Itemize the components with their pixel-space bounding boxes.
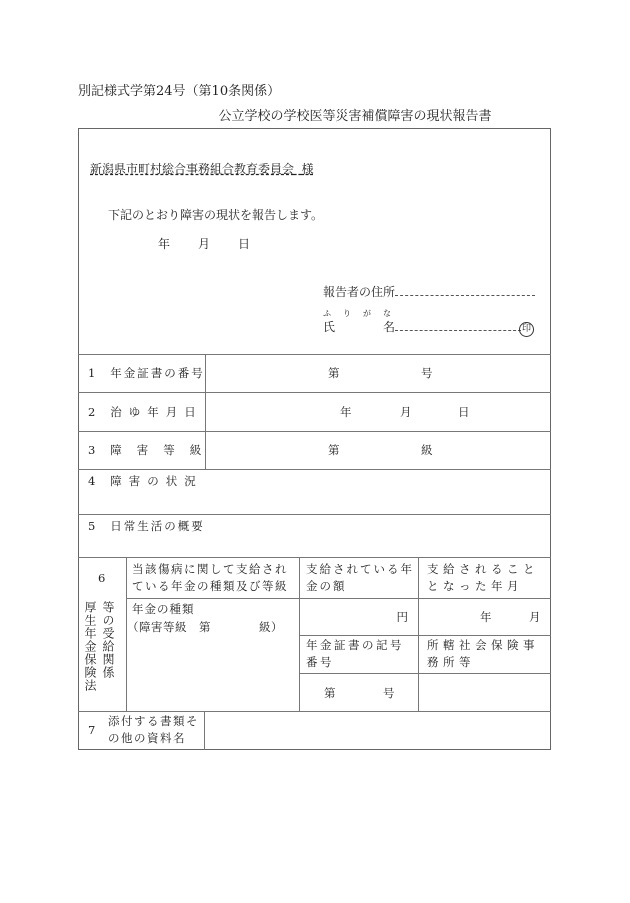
month-label: 月	[400, 404, 413, 421]
name-label-2: 名	[383, 320, 395, 334]
day-label: 日	[458, 404, 471, 421]
recovery-date-field[interactable]: 年 月 日	[206, 404, 551, 430]
addressee: 新潟県市町村総合事務組合教育委員会 様	[90, 160, 314, 177]
col-a-header: 当該傷病に関して支給されている年金の種類及び等級	[132, 561, 297, 595]
row1-label: 1 年金証書の番号	[88, 365, 205, 382]
row2-label: 2 治ゆ年月日	[88, 404, 203, 421]
col-b-header: 支給されている年金の額	[306, 561, 416, 595]
divider	[78, 469, 551, 470]
pension-grade-label: （障害等級 第 級）	[127, 619, 283, 636]
reporter-name: 氏名印	[323, 318, 534, 337]
row6-vertical-label-1: 厚生年金保険法	[82, 601, 98, 692]
disability-grade-field[interactable]: 第 級	[206, 442, 551, 468]
suffix-label: 級	[421, 442, 434, 459]
month-label: 月	[529, 609, 542, 626]
row-number: 5	[88, 519, 96, 533]
row5-label: 5 日常生活の概要	[88, 518, 205, 535]
office-label: 所轄社会保険事務所等	[427, 637, 549, 671]
seal-icon: 印	[519, 322, 534, 337]
prefix-label: 第	[328, 442, 341, 459]
daily-life-field[interactable]	[80, 535, 550, 555]
pension-cert-number-field[interactable]: 第 号	[206, 365, 551, 391]
row-label: 日常生活の概要	[110, 519, 205, 533]
divider	[78, 392, 551, 393]
cert-number-label: 年金証書の記号番号	[306, 637, 414, 671]
pension-amount-field[interactable]: 円	[300, 599, 417, 634]
row-number: 4	[88, 474, 96, 488]
report-date[interactable]: 年月日	[158, 235, 250, 252]
payment-start-field[interactable]: 年 月	[419, 599, 550, 634]
date-day-label: 日	[238, 235, 250, 252]
addressee-honorific: 様	[302, 162, 314, 176]
report-statement: 下記のとおり障害の現状を報告します。	[108, 206, 323, 223]
year-label: 年	[480, 609, 493, 626]
row-label: 障害等級	[110, 443, 216, 457]
row-label: 治ゆ年月日	[110, 405, 203, 419]
row6-number: 6	[98, 570, 106, 587]
name-label-1: 氏	[323, 320, 335, 334]
row-number: 1	[88, 366, 96, 380]
addressee-name: 新潟県市町村総合事務組合教育委員会	[90, 162, 294, 176]
divider	[78, 557, 551, 558]
prefix-label: 第	[328, 365, 341, 382]
attached-documents-field[interactable]	[206, 712, 550, 749]
date-year-label: 年	[158, 235, 170, 252]
divider	[78, 431, 551, 432]
row-number: 2	[88, 405, 96, 419]
suffix-label: 号	[383, 685, 396, 702]
reporter-name-field[interactable]	[395, 330, 521, 331]
prefix-label: 第	[324, 685, 337, 702]
reporter-address-field[interactable]	[395, 295, 535, 296]
reporter-address: 報告者の住所	[323, 283, 535, 300]
suffix-label: 号	[421, 365, 434, 382]
form-id: 別記様式学第24号（第10条関係）	[78, 80, 280, 99]
year-label: 年	[340, 404, 353, 421]
row6-vertical-label-2: 等の受給関係	[100, 601, 116, 679]
divider	[204, 711, 205, 750]
row7-number: 7	[88, 722, 96, 739]
pension-type-label: 年金の種類	[132, 601, 195, 618]
row-label: 障害の状況	[110, 474, 203, 488]
row4-label: 4 障害の状況	[88, 473, 203, 490]
row-label: 年金証書の番号	[110, 366, 205, 380]
document-title: 公立学校の学校医等災害補償障害の現状報告書	[0, 105, 630, 124]
pension-type-field[interactable]: 年金の種類 （障害等級 第 級）	[127, 599, 298, 710]
divider	[299, 635, 551, 636]
row3-label: 3 障害等級	[88, 442, 216, 459]
divider	[78, 514, 551, 515]
cert-number-field[interactable]: 第 号	[300, 674, 417, 710]
divider	[78, 354, 551, 355]
row-number: 3	[88, 443, 96, 457]
col-c-header: 支給されることとなった年月	[427, 561, 549, 595]
disability-condition-field[interactable]	[80, 490, 550, 512]
yen-unit-label: 円	[397, 609, 410, 626]
date-month-label: 月	[198, 235, 210, 252]
reporter-address-label: 報告者の住所	[323, 285, 395, 299]
office-field[interactable]	[419, 674, 550, 710]
row7-label: 添付する書類その他の資料名	[108, 713, 203, 747]
